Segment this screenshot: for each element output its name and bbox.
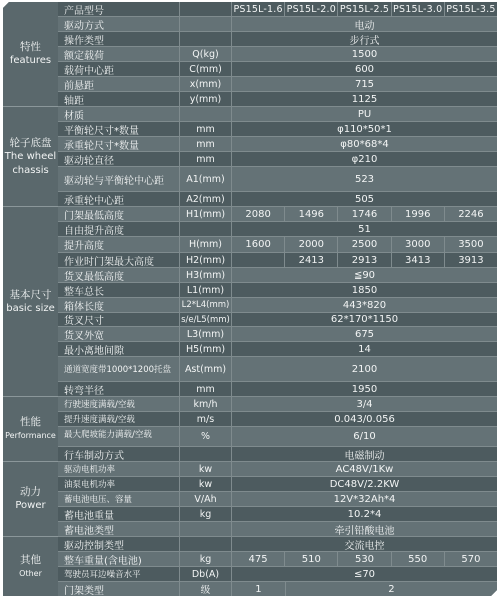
row-unit: A2(mm) xyxy=(180,192,232,206)
row-value: 1950 xyxy=(232,382,497,396)
row-value: φ80*68*4 xyxy=(232,137,497,151)
row-name: 提升速度满载/空载 xyxy=(58,412,180,426)
row-unit xyxy=(180,447,232,461)
category-other: 其他 Other xyxy=(3,537,58,596)
row-name: 蓄电池类型 xyxy=(58,522,180,536)
table-row: 轴距 y(mm) 1125 xyxy=(58,92,497,107)
row-unit xyxy=(180,32,232,46)
row-unit: km/h xyxy=(180,397,232,411)
row-name: 箱体长度 xyxy=(58,298,180,312)
row-value: AC48V/1Kw xyxy=(232,462,497,476)
table-row: 整车总长 L1(mm) 1850 xyxy=(58,283,497,298)
row-unit: kw xyxy=(180,477,232,491)
spec-table: 特性 features 轮子底盘 The wheel chassis 基本尺寸 … xyxy=(3,2,497,596)
category-performance: 性能 Performance xyxy=(3,397,58,462)
row-value: 62*170*1150 xyxy=(232,313,497,326)
row-name: 提升高度 xyxy=(58,237,180,252)
category-performance-en: Performance xyxy=(5,429,56,443)
row-value: 1125 xyxy=(232,92,497,106)
row-value: 10.2*4 xyxy=(232,507,497,521)
row-unit xyxy=(180,222,232,236)
row-name: 蓄电池电压、容量 xyxy=(58,492,180,506)
category-other-en: Other xyxy=(19,567,42,581)
row-name: 最大爬坡能力满载/空载 xyxy=(58,427,180,446)
row-name: 载荷中心距 xyxy=(58,62,180,76)
row-name: 前悬距 xyxy=(58,77,180,91)
table-row: 前悬距 x(mm) 715 xyxy=(58,77,497,92)
row-value: φ210 xyxy=(232,152,497,166)
row-unit: H1(mm) xyxy=(180,207,232,221)
table-row: 蓄电池类型 牵引铅酸电池 xyxy=(58,522,497,537)
row-value: 3000 xyxy=(392,237,445,252)
table-row: 承重轮中心距 A2(mm) 505 xyxy=(58,192,497,207)
row-unit: Db(A) xyxy=(180,567,232,581)
row-value: 电磁制动 xyxy=(232,447,497,461)
row-unit: V/Ah xyxy=(180,492,232,506)
table-row: 行车制动方式 电磁制动 xyxy=(58,447,497,462)
row-value: 570 xyxy=(445,552,497,566)
row-name: 门架类型 xyxy=(58,582,180,596)
row-name: 行车制动方式 xyxy=(58,447,180,461)
row-unit: y(mm) xyxy=(180,92,232,106)
header-label: 产品型号 xyxy=(58,2,180,16)
category-other-zh: 其他 xyxy=(20,553,41,567)
category-chassis-en-1: The wheel xyxy=(5,150,56,164)
row-value: 3500 xyxy=(445,237,497,252)
row-name: 行驶速度满载/空载 xyxy=(58,397,180,411)
table-row: 驱动方式 电动 xyxy=(58,17,497,32)
row-unit: mm xyxy=(180,137,232,151)
row-value: 523 xyxy=(232,167,497,191)
row-name: 油泵电机功率 xyxy=(58,477,180,491)
table-row: 货叉尺寸 s/e/L5(mm) 62*170*1150 xyxy=(58,313,497,327)
row-value: 0.043/0.056 xyxy=(232,412,497,426)
row-value: 2413 xyxy=(285,253,338,267)
table-row: 驾驶员耳边噪音水平 Db(A) ≤70 xyxy=(58,567,497,582)
row-name: 驱动电机功率 xyxy=(58,462,180,476)
table-row: 门架最低高度 H1(mm) 2080 1496 1746 1996 2246 xyxy=(58,207,497,222)
row-name: 驾驶员耳边噪音水平 xyxy=(58,567,180,581)
row-unit: H5(mm) xyxy=(180,342,232,356)
table-row: 驱动轮直径 mm φ210 xyxy=(58,152,497,167)
row-unit: Q(kg) xyxy=(180,47,232,61)
table-row: 转弯半径 mm 1950 xyxy=(58,382,497,397)
header-row: 产品型号 PS15L-1.6 PS15L-2.0 PS15L-2.5 PS15L… xyxy=(58,2,497,17)
row-unit: mm xyxy=(180,382,232,396)
row-name: 最小离地间隙 xyxy=(58,342,180,356)
row-unit: L3(mm) xyxy=(180,327,232,341)
row-value: 1600 xyxy=(232,237,285,252)
table-row: 箱体长度 L2*L4(mm) 443*820 xyxy=(58,298,497,313)
model-4: PS15L-3.0 xyxy=(392,2,445,16)
row-value: ≦90 xyxy=(232,268,497,282)
category-power: 动力 Power xyxy=(3,462,58,537)
row-value: 电动 xyxy=(232,17,497,31)
row-unit: mm xyxy=(180,122,232,136)
category-basic-size-en: basic size xyxy=(6,302,55,316)
row-unit xyxy=(180,537,232,551)
row-name: 整车重量(含电池) xyxy=(58,552,180,566)
row-unit xyxy=(180,107,232,121)
table-row: 最小离地间隙 H5(mm) 14 xyxy=(58,342,497,357)
row-value: 1 xyxy=(232,582,286,596)
category-basic-size: 基本尺寸 basic size xyxy=(3,207,58,397)
row-value: 475 xyxy=(232,552,285,566)
row-name: 货叉外宽 xyxy=(58,327,180,341)
row-value: 1996 xyxy=(392,207,445,221)
row-unit xyxy=(180,522,232,536)
row-value: 1746 xyxy=(338,207,391,221)
row-name: 自由提升高度 xyxy=(58,222,180,236)
table-row: 行驶速度满载/空载 km/h 3/4 xyxy=(58,397,497,412)
row-unit: s/e/L5(mm) xyxy=(180,313,232,326)
row-unit: 级 xyxy=(180,582,232,596)
row-value: 1500 xyxy=(232,47,497,61)
category-basic-size-zh: 基本尺寸 xyxy=(10,288,52,302)
row-value: 2500 xyxy=(338,237,391,252)
row-name: 承重轮尺寸*数量 xyxy=(58,137,180,151)
row-value: 2913 xyxy=(338,253,391,267)
category-power-zh: 动力 xyxy=(20,485,41,499)
row-value: 6/10 xyxy=(232,427,497,446)
row-name: 作业时门架最大高度 xyxy=(58,253,180,267)
row-value: 交流电控 xyxy=(232,537,497,551)
category-features: 特性 features xyxy=(3,2,58,107)
table-row: 载荷中心距 C(mm) 600 xyxy=(58,62,497,77)
row-value: 12V*32Ah*4 xyxy=(232,492,497,506)
row-name: 整车总长 xyxy=(58,283,180,297)
table-row: 驱动轮与平衡轮中心距 A1(mm) 523 xyxy=(58,167,497,192)
table-row: 提升速度满载/空载 m/s 0.043/0.056 xyxy=(58,412,497,427)
row-name: 材质 xyxy=(58,107,180,121)
row-value: 2080 xyxy=(232,207,285,221)
category-features-en: features xyxy=(10,54,51,68)
row-value: φ110*50*1 xyxy=(232,122,497,136)
row-value: 2000 xyxy=(285,237,338,252)
table-row: 整车重量(含电池) kg 475 510 530 550 570 xyxy=(58,552,497,567)
row-unit: L1(mm) xyxy=(180,283,232,297)
row-unit: kg xyxy=(180,552,232,566)
table-row: 操作类型 步行式 xyxy=(58,32,497,47)
row-value: 牵引铅酸电池 xyxy=(232,522,497,536)
row-value: 步行式 xyxy=(232,32,497,46)
model-1: PS15L-1.6 xyxy=(232,2,285,16)
row-name: 门架最低高度 xyxy=(58,207,180,221)
table-row: 自由提升高度 51 xyxy=(58,222,497,237)
row-unit: Ast(mm) xyxy=(180,357,232,381)
row-unit: mm xyxy=(180,152,232,166)
row-unit: C(mm) xyxy=(180,62,232,76)
row-name: 驱动控制类型 xyxy=(58,537,180,551)
row-value: ≤70 xyxy=(232,567,497,581)
row-value: 2246 xyxy=(445,207,497,221)
table-row: 材质 PU xyxy=(58,107,497,122)
row-value: 1496 xyxy=(285,207,338,221)
row-unit: x(mm) xyxy=(180,77,232,91)
row-name: 操作类型 xyxy=(58,32,180,46)
row-value: 510 xyxy=(285,552,338,566)
row-unit: H3(mm) xyxy=(180,268,232,282)
row-value: 14 xyxy=(232,342,497,356)
row-unit: m/s xyxy=(180,412,232,426)
row-unit: A1(mm) xyxy=(180,167,232,191)
table-row: 门架类型 级 1 2 xyxy=(58,582,497,596)
row-unit: kw xyxy=(180,462,232,476)
row-name: 蓄电池重量 xyxy=(58,507,180,521)
table-row: 提升高度 H(mm) 1600 2000 2500 3000 3500 xyxy=(58,237,497,253)
model-5: PS15L-3.5 xyxy=(445,2,497,16)
row-value: 3913 xyxy=(445,253,497,267)
row-unit: kg xyxy=(180,507,232,521)
table-row: 作业时门架最大高度 H2(mm) 2413 2913 3413 3913 xyxy=(58,253,497,268)
table-row: 通道宽度带1000*1200托盘 Ast(mm) 2100 xyxy=(58,357,497,382)
category-chassis-zh: 轮子底盘 xyxy=(10,136,52,150)
table-row: 承重轮尺寸*数量 mm φ80*68*4 xyxy=(58,137,497,152)
row-name: 货叉尺寸 xyxy=(58,313,180,326)
row-unit xyxy=(180,17,232,31)
category-features-zh: 特性 xyxy=(20,40,41,54)
row-value: 51 xyxy=(232,222,497,236)
row-unit: H2(mm) xyxy=(180,253,232,267)
row-name: 驱动方式 xyxy=(58,17,180,31)
row-value: 1850 xyxy=(232,283,497,297)
table-row: 蓄电池重量 kg 10.2*4 xyxy=(58,507,497,522)
header-unit xyxy=(180,2,232,16)
row-name: 驱动轮直径 xyxy=(58,152,180,166)
table-row: 货叉外宽 L3(mm) 675 xyxy=(58,327,497,342)
row-value: 2100 xyxy=(232,357,497,381)
row-value: 505 xyxy=(232,192,497,206)
category-performance-zh: 性能 xyxy=(20,415,41,429)
row-name: 驱动轮与平衡轮中心距 xyxy=(58,167,180,191)
row-value: 3413 xyxy=(392,253,445,267)
row-name: 轴距 xyxy=(58,92,180,106)
row-value: 2 xyxy=(286,582,497,596)
category-chassis: 轮子底盘 The wheel chassis xyxy=(3,107,58,207)
row-value: 3/4 xyxy=(232,397,497,411)
row-name: 转弯半径 xyxy=(58,382,180,396)
row-value: 443*820 xyxy=(232,298,497,312)
row-value: 600 xyxy=(232,62,497,76)
table-row: 驱动控制类型 交流电控 xyxy=(58,537,497,552)
row-value: PU xyxy=(232,107,497,121)
row-name: 承重轮中心距 xyxy=(58,192,180,206)
table-row: 油泵电机功率 kw DC48V/2.2KW xyxy=(58,477,497,492)
row-value: 675 xyxy=(232,327,497,341)
row-unit: H(mm) xyxy=(180,237,232,252)
table-row: 驱动电机功率 kw AC48V/1Kw xyxy=(58,462,497,477)
category-chassis-en-2: chassis xyxy=(12,164,48,178)
row-value: DC48V/2.2KW xyxy=(232,477,497,491)
row-value: 715 xyxy=(232,77,497,91)
row-name: 额定载荷 xyxy=(58,47,180,61)
table-row: 货叉最低高度 H3(mm) ≦90 xyxy=(58,268,497,283)
table-row: 最大爬坡能力满载/空载 % 6/10 xyxy=(58,427,497,447)
table-row: 平衡轮尺寸*数量 mm φ110*50*1 xyxy=(58,122,497,137)
model-2: PS15L-2.0 xyxy=(285,2,338,16)
row-unit: % xyxy=(180,427,232,446)
row-name: 平衡轮尺寸*数量 xyxy=(58,122,180,136)
row-value: 550 xyxy=(392,552,445,566)
category-power-en: Power xyxy=(15,499,45,513)
table-row: 蓄电池电压、容量 V/Ah 12V*32Ah*4 xyxy=(58,492,497,507)
table-row: 额定载荷 Q(kg) 1500 xyxy=(58,47,497,62)
row-name: 通道宽度带1000*1200托盘 xyxy=(58,357,180,381)
model-3: PS15L-2.5 xyxy=(338,2,391,16)
row-value xyxy=(232,253,285,267)
row-value: 530 xyxy=(338,552,391,566)
row-unit: L2*L4(mm) xyxy=(180,298,232,312)
row-name: 货叉最低高度 xyxy=(58,268,180,282)
